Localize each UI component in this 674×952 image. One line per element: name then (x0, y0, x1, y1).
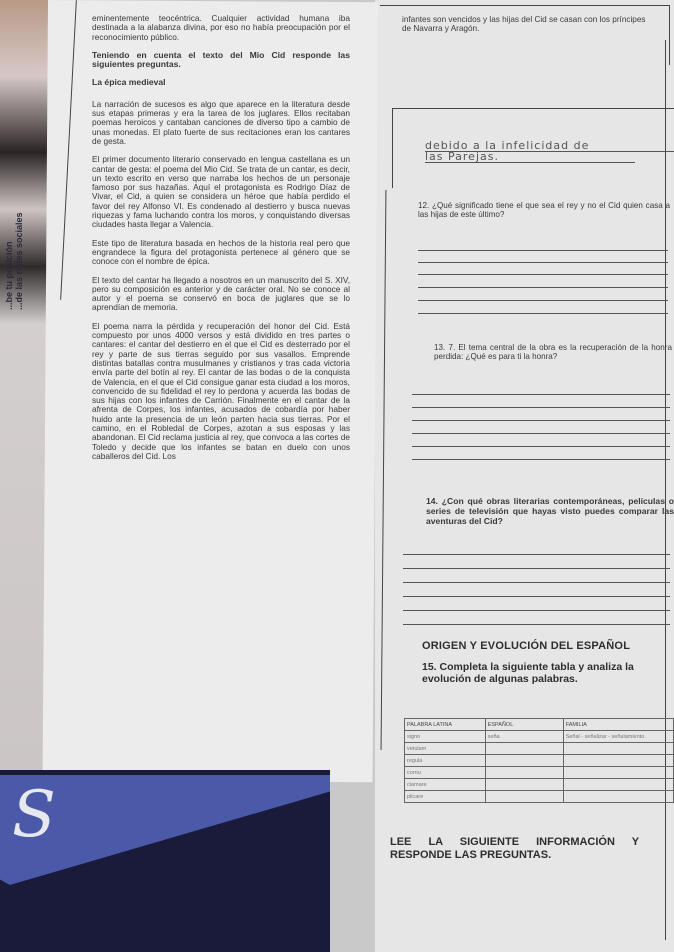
answer-line[interactable] (418, 287, 668, 288)
instruction: Teniendo en cuenta el texto del Mio Cid … (92, 51, 350, 70)
footer-heading: LEE LA SIGUIENTE INFORMACIÓN Y RESPONDE … (390, 836, 674, 862)
answer-line[interactable] (403, 582, 670, 583)
answer-line[interactable] (403, 596, 670, 597)
question-text: 7. El tema central de la obra es la recu… (434, 343, 672, 361)
answer-line[interactable] (403, 554, 670, 555)
table-header-row: PALABRA LATINA ESPAÑOL FAMILIA (405, 719, 674, 731)
question-text: ¿Con qué obras literarias contemporáneas… (426, 496, 674, 526)
latin-word-cell: plicare (405, 791, 486, 803)
spanish-word-cell[interactable] (485, 755, 563, 767)
left-column: eminentemente teocéntrica. Cualquier act… (92, 14, 350, 470)
paragraph: El primer documento literario conservado… (92, 155, 350, 229)
spanish-word-cell[interactable] (485, 743, 563, 755)
paragraph: Este tipo de literatura basada en hechos… (92, 239, 350, 267)
answer-line[interactable] (403, 624, 670, 625)
answer-line[interactable] (412, 433, 670, 434)
question-number: 14. (426, 496, 438, 506)
background-side-text: ...be tu posición ...de las redes social… (4, 150, 24, 310)
previous-box-border (380, 5, 670, 65)
answer-line[interactable] (412, 420, 670, 421)
table-row: cornu (405, 767, 674, 779)
question-14: 14. ¿Con qué obras literarias contemporá… (426, 496, 674, 526)
answer-line[interactable] (418, 300, 668, 301)
table-row: plicare (405, 791, 674, 803)
answer-line[interactable] (412, 407, 670, 408)
table-row: regula (405, 755, 674, 767)
question-number: 13. (434, 343, 445, 352)
column-header: ESPAÑOL (485, 719, 563, 731)
paragraph: El poema narra la pérdida y recuperación… (92, 322, 350, 461)
family-cell[interactable] (563, 779, 673, 791)
table-row: vetulam (405, 743, 674, 755)
latin-word-cell: signo (405, 731, 486, 743)
question-15: 15. Completa la siguiente tabla y analiz… (422, 661, 674, 685)
intro-fragment: eminentemente teocéntrica. Cualquier act… (92, 14, 350, 42)
spanish-word-cell[interactable] (485, 767, 563, 779)
folder-logo-icon: S (12, 775, 72, 855)
question-13: 13. 7. El tema central de la obra es la … (434, 343, 672, 361)
paragraph: El texto del cantar ha llegado a nosotro… (92, 276, 350, 313)
answer-line[interactable] (403, 568, 670, 569)
question-number: 15. (422, 661, 437, 673)
answer-line[interactable] (418, 274, 668, 275)
answer-line[interactable] (403, 610, 670, 611)
family-cell[interactable] (563, 755, 673, 767)
footer-heading-line: RESPONDE LAS PREGUNTAS. (390, 849, 674, 862)
column-header: FAMILIA (563, 719, 673, 731)
spanish-word-cell[interactable] (485, 791, 563, 803)
side-text-line: ...be tu posición (4, 241, 14, 310)
question-number: 12. (418, 201, 429, 210)
side-text-line: ...de las redes sociales (14, 212, 24, 310)
spanish-word-cell[interactable] (485, 779, 563, 791)
latin-word-cell: clamare (405, 779, 486, 791)
answer-line[interactable] (412, 394, 670, 395)
column-header: PALABRA LATINA (405, 719, 486, 731)
table-row: clamare (405, 779, 674, 791)
family-cell[interactable]: Señal - señalizar - señalamiento (563, 731, 673, 743)
family-cell[interactable] (563, 767, 673, 779)
answer-line[interactable] (418, 262, 668, 263)
table-row: signoseñaSeñal - señalizar - señalamient… (405, 731, 674, 743)
paragraph: La narración de sucesos es algo que apar… (92, 100, 350, 146)
answer-line[interactable] (412, 459, 670, 460)
answer-line[interactable] (418, 313, 668, 314)
word-evolution-table: PALABRA LATINA ESPAÑOL FAMILIA signoseña… (404, 718, 674, 803)
question-12: 12. ¿Qué significado tiene el que sea el… (418, 201, 670, 219)
footer-heading-line: LEE LA SIGUIENTE INFORMACIÓN Y (390, 836, 674, 849)
latin-word-cell: vetulam (405, 743, 486, 755)
handwritten-answer[interactable]: debido a la infelicidad de las Parejas. (425, 141, 674, 163)
family-cell[interactable] (563, 791, 673, 803)
handwritten-line: las Parejas. (425, 152, 635, 163)
spanish-word-cell[interactable]: seña (485, 731, 563, 743)
top-fragment: infantes son vencidos y las hijas del Ci… (402, 15, 652, 33)
family-cell[interactable] (563, 743, 673, 755)
latin-word-cell: regula (405, 755, 486, 767)
latin-word-cell: cornu (405, 767, 486, 779)
answer-line[interactable] (412, 446, 670, 447)
section-heading: ORIGEN Y EVOLUCIÓN DEL ESPAÑOL (422, 640, 672, 652)
section-subtitle: La épica medieval (92, 78, 350, 87)
question-text: Completa la siguiente tabla y analiza la… (422, 661, 634, 685)
question-text: ¿Qué significado tiene el que sea el rey… (418, 201, 670, 219)
answer-line[interactable] (418, 250, 668, 251)
